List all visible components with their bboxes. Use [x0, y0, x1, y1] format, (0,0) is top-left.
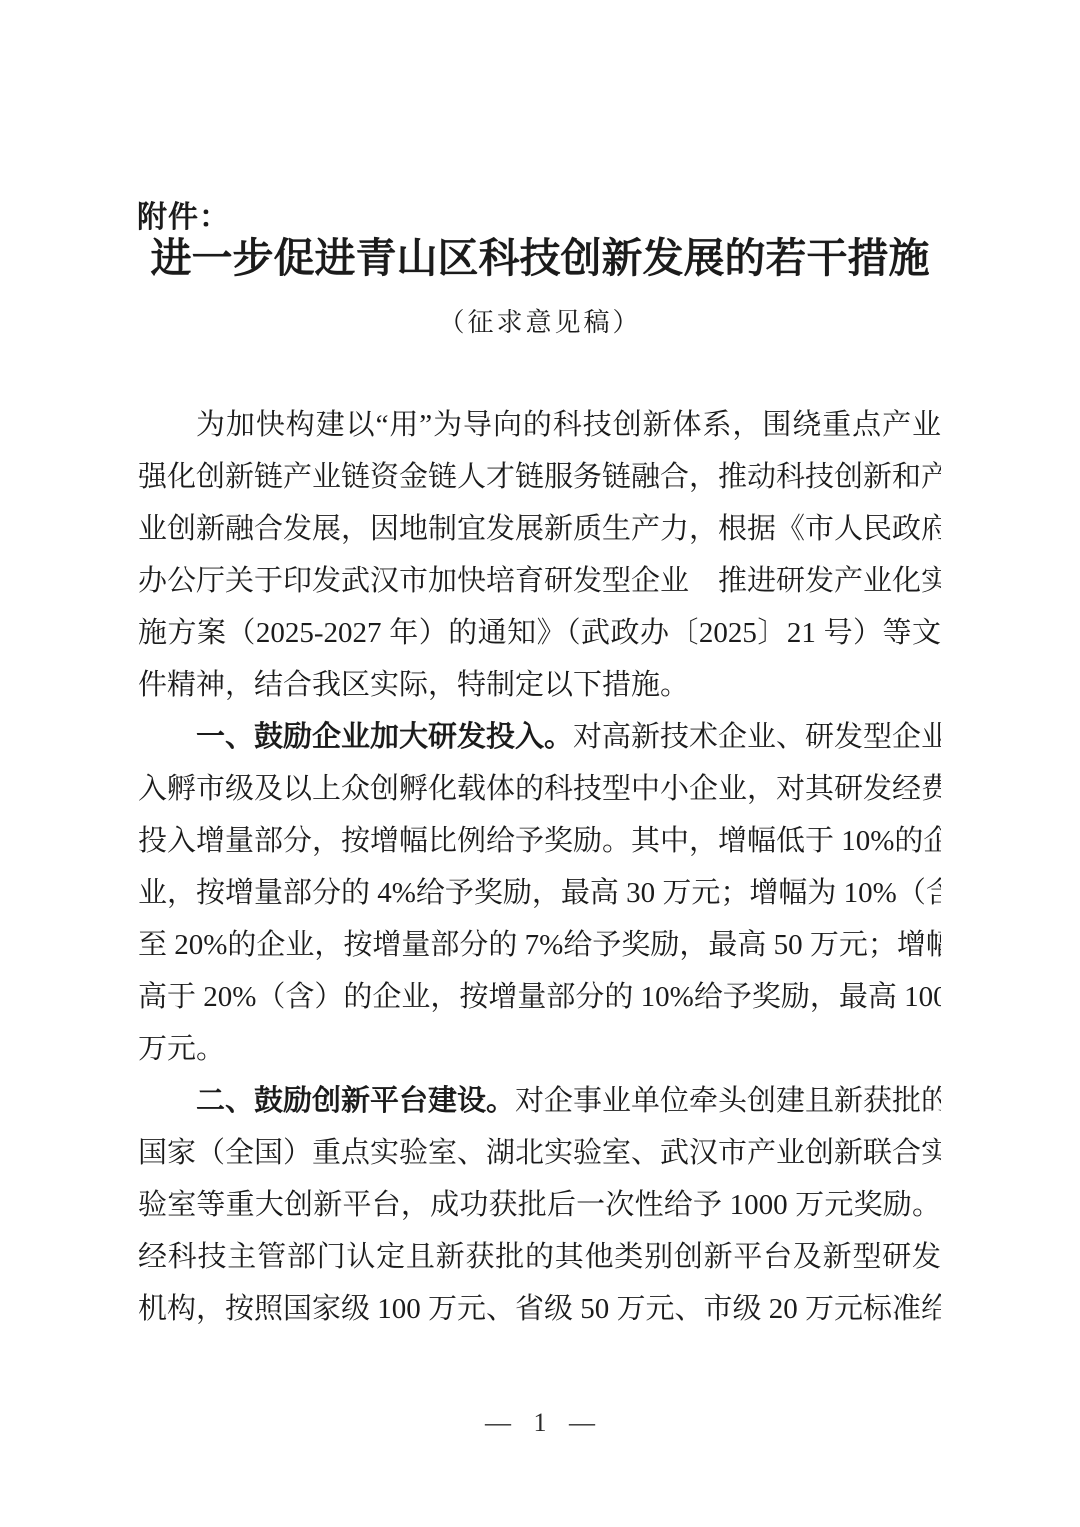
text-line: 万元。	[138, 1023, 941, 1075]
text-line: 至 20%的企业，按增量部分的 7%给予奖励，最高 50 万元；增幅	[138, 919, 941, 971]
text-run: 对企事业单位牵头创建且新获批的	[515, 1085, 941, 1117]
text-line: 机构，按照国家级 100 万元、省级 50 万元、市级 20 万元标准给	[138, 1283, 941, 1335]
text-line: 高于 20%（含）的企业，按增量部分的 10%给予奖励，最高 100	[138, 971, 941, 1023]
document-body: 为加快构建以“用”为导向的科技创新体系，围绕重点产业 强化创新链产业链资金链人才…	[138, 399, 941, 1335]
document-subtitle: （征求意见稿）	[0, 306, 1080, 340]
text-line: 入孵市级及以上众创孵化载体的科技型中小企业，对其研发经费	[138, 763, 941, 815]
text-line: 为加快构建以“用”为导向的科技创新体系，围绕重点产业	[138, 399, 941, 451]
text-line: 国家（全国）重点实验室、湖北实验室、武汉市产业创新联合实	[138, 1127, 941, 1179]
text-run: 对高新技术企业、研发型企业、	[573, 721, 941, 753]
measure-2-heading: 二、鼓励创新平台建设。	[196, 1085, 515, 1117]
document-page: 附件： 进一步促进青山区科技创新发展的若干措施 （征求意见稿） 为加快构建以“用…	[0, 0, 1080, 1527]
text-line: 业创新融合发展，因地制宜发展新质生产力，根据《市人民政府	[138, 503, 941, 555]
text-line: 业，按增量部分的 4%给予奖励，最高 30 万元；增幅为 10%（含）	[138, 867, 941, 919]
text-line: 投入增量部分，按增幅比例给予奖励。其中，增幅低于 10%的企	[138, 815, 941, 867]
text-line: 办公厅关于印发武汉市加快培育研发型企业 推进研发产业化实	[138, 555, 941, 607]
text-line: 强化创新链产业链资金链人才链服务链融合，推动科技创新和产	[138, 451, 941, 503]
text-line: 一、鼓励企业加大研发投入。对高新技术企业、研发型企业、	[138, 711, 941, 763]
document-title: 进一步促进青山区科技创新发展的若干措施	[0, 233, 1080, 283]
page-number: — 1 —	[0, 1408, 1080, 1438]
text-line: 验室等重大创新平台，成功获批后一次性给予 1000 万元奖励。	[138, 1179, 941, 1231]
text-line: 二、鼓励创新平台建设。对企事业单位牵头创建且新获批的	[138, 1075, 941, 1127]
text-line: 施方案（2025-2027 年）的通知》（武政办〔2025〕21 号）等文	[138, 607, 941, 659]
text-line: 经科技主管部门认定且新获批的其他类别创新平台及新型研发	[138, 1231, 941, 1283]
measure-1-heading: 一、鼓励企业加大研发投入。	[196, 721, 573, 753]
attachment-label: 附件：	[137, 192, 230, 236]
text-line: 件精神，结合我区实际，特制定以下措施。	[138, 659, 941, 711]
